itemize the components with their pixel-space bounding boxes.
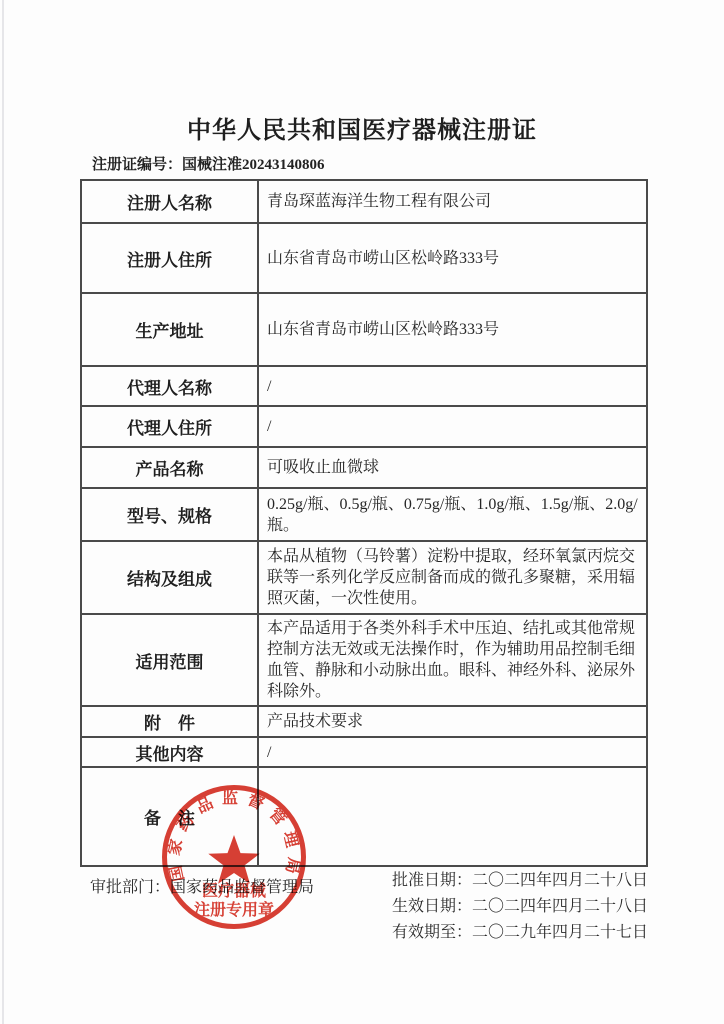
row-label-remarks: 备 注 [81,767,258,866]
table-row: 适用范围 本产品适用于各类外科手术中压迫、结扎或其他常规控制方法无效或无法操作时… [81,614,647,706]
row-label-model-spec: 型号、规格 [81,488,258,541]
row-label-production-address: 生产地址 [81,293,258,366]
expiry-date-value: 二〇二九年四月二十七日 [472,924,648,941]
row-label-structure-composition: 结构及组成 [81,541,258,614]
approval-date-value: 二〇二四年四月二十八日 [472,872,648,889]
date-block: 批准日期：二〇二四年四月二十八日 生效日期：二〇二四年四月二十八日 有效期至：二… [392,868,648,946]
row-label-agent-address: 代理人住所 [81,406,258,447]
effective-date-line: 生效日期：二〇二四年四月二十八日 [392,894,648,920]
row-value-model-spec: 0.25g/瓶、0.5g/瓶、0.75g/瓶、1.0g/瓶、1.5g/瓶、2.0… [258,488,647,541]
row-value-agent-address: / [258,406,647,447]
row-value-other-content: / [258,737,647,767]
page-title: 中华人民共和国医疗器械注册证 [0,110,724,145]
row-value-intended-use: 本产品适用于各类外科手术中压迫、结扎或其他常规控制方法无效或无法操作时，作为辅助… [258,614,647,706]
effective-date-value: 二〇二四年四月二十八日 [472,898,648,915]
row-label-registrant-address: 注册人住所 [81,223,258,293]
row-value-remarks [258,767,647,866]
approval-department-line: 审批部门：国家药品监督管理局 [90,874,314,897]
table-row: 注册人住所 山东省青岛市崂山区松岭路333号 [81,223,647,293]
certificate-page: 中华人民共和国医疗器械注册证 注册证编号：国械注准20243140806 注册人… [0,0,724,1024]
approval-department-value: 国家药品监督管理局 [170,879,314,896]
row-label-other-content: 其他内容 [81,737,258,767]
row-label-intended-use: 适用范围 [81,614,258,706]
row-value-attachment: 产品技术要求 [258,706,647,737]
table-row: 结构及组成 本品从植物（马铃薯）淀粉中提取，经环氧氯丙烷交联等一系列化学反应制备… [81,541,647,614]
table-row: 其他内容 / [81,737,647,767]
table-row: 生产地址 山东省青岛市崂山区松岭路333号 [81,293,647,366]
approval-date-line: 批准日期：二〇二四年四月二十八日 [392,868,648,894]
expiry-date-line: 有效期至：二〇二九年四月二十七日 [392,920,648,946]
table-row: 备 注 [81,767,647,866]
row-value-production-address: 山东省青岛市崂山区松岭路333号 [258,293,647,366]
row-label-agent-name: 代理人名称 [81,366,258,406]
row-label-attachment: 附 件 [81,706,258,737]
scan-edge-artifact [2,0,4,1024]
row-value-product-name: 可吸收止血微球 [258,447,647,488]
row-label-product-name: 产品名称 [81,447,258,488]
certificate-table: 注册人名称 青岛琛蓝海洋生物工程有限公司 注册人住所 山东省青岛市崂山区松岭路3… [80,179,648,867]
row-value-structure-composition: 本品从植物（马铃薯）淀粉中提取，经环氧氯丙烷交联等一系列化学反应制备而成的微孔多… [258,541,647,614]
effective-date-label: 生效日期： [392,898,472,915]
table-row: 附 件 产品技术要求 [81,706,647,737]
table-row: 代理人名称 / [81,366,647,406]
table-row: 代理人住所 / [81,406,647,447]
approval-date-label: 批准日期： [392,872,472,889]
row-label-registrant-name: 注册人名称 [81,180,258,223]
table-row: 注册人名称 青岛琛蓝海洋生物工程有限公司 [81,180,647,223]
seal-text-line2: 注册专用章 [194,900,274,919]
registration-number: 注册证编号：国械注准20243140806 [92,153,325,174]
approval-department-label: 审批部门： [90,879,170,896]
expiry-date-label: 有效期至： [392,924,472,941]
table-row: 产品名称 可吸收止血微球 [81,447,647,488]
row-value-registrant-address: 山东省青岛市崂山区松岭路333号 [258,223,647,293]
row-value-agent-name: / [258,366,647,406]
table-row: 型号、规格 0.25g/瓶、0.5g/瓶、0.75g/瓶、1.0g/瓶、1.5g… [81,488,647,541]
row-value-registrant-name: 青岛琛蓝海洋生物工程有限公司 [258,180,647,223]
